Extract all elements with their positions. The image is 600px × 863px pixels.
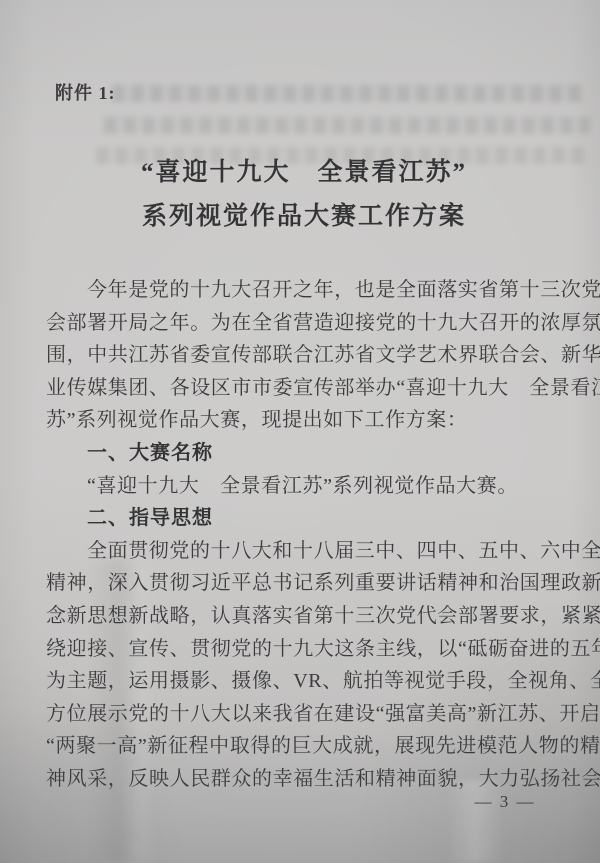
body-line: 绕迎接、宣传、贯彻党的十九大这条主线，以“砥砺奋进的五年” <box>46 633 568 666</box>
bleed-through-text-row <box>104 117 590 134</box>
body-line: 为主题，运用摄影、摄像、VR、航拍等视觉手段，全视角、全 <box>46 665 568 698</box>
body-line: 精神，深入贯彻习近平总书记系列重要讲话精神和治国理政新理 <box>46 567 568 600</box>
document-title-line2: 系列视觉作品大赛工作方案 <box>46 195 562 239</box>
section-heading-guiding-ideology: 二、指导思想 <box>46 502 568 535</box>
section-heading-contest-name: 一、大赛名称 <box>46 437 568 470</box>
bleed-through-text-row <box>112 85 582 102</box>
document-title-line1: “喜迎十九大 全景看江苏” <box>46 151 562 195</box>
body-line: 今年是党的十九大召开之年，也是全面落实省第十三次党代 <box>46 274 568 307</box>
body-line: “两聚一高”新征程中取得的巨大成就，展现先进模范人物的精 <box>46 730 568 763</box>
body-line: 业传媒集团、各设区市市委宣传部举办“喜迎十九大 全景看江 <box>46 372 568 405</box>
body-line: 会部署开局之年。为在全省营造迎接党的十九大召开的浓厚氛 <box>46 307 568 340</box>
body-line: 方位展示党的十八大以来我省在建设“强富美高”新江苏、开启 <box>46 698 568 731</box>
body-line: 围，中共江苏省委宣传部联合江苏省文学艺术界联合会、新华报 <box>46 339 568 372</box>
body-line: 念新思想新战略，认真落实省第十三次党代会部署要求，紧紧围 <box>46 600 568 633</box>
body-line: “喜迎十九大 全景看江苏”系列视觉作品大赛。 <box>46 470 568 503</box>
page-number: — 3 — <box>445 792 565 812</box>
document-title: “喜迎十九大 全景看江苏” 系列视觉作品大赛工作方案 <box>46 151 562 239</box>
body-line: 全面贯彻党的十八大和十八届三中、四中、五中、六中全会 <box>46 535 568 568</box>
attachment-label: 附件 1: <box>55 79 116 105</box>
document-body: 今年是党的十九大召开之年，也是全面落实省第十三次党代 会部署开局之年。为在全省营… <box>46 274 568 796</box>
document-page: 附件 1: “喜迎十九大 全景看江苏” 系列视觉作品大赛工作方案 今年是党的十九… <box>0 0 600 863</box>
body-line: 神风采，反映人民群众的幸福生活和精神面貌，大力弘扬社会主 <box>46 763 568 796</box>
body-line: 苏”系列视觉作品大赛，现提出如下工作方案： <box>46 404 568 437</box>
